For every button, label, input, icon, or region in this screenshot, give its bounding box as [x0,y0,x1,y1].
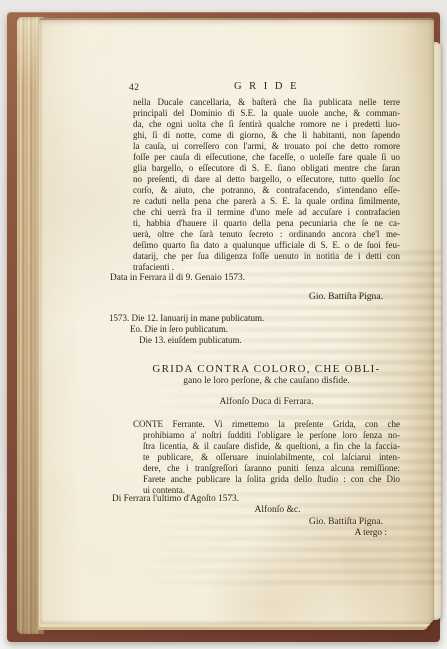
signature-pigna: Gio. Battiſta Pigna. [108,516,383,527]
text-line: no preſenti, di dare al detto bargello, … [133,174,400,185]
text-line: Farete anche publicare la ſolita grida d… [143,474,400,485]
letter-paragraph: CONTE Ferrante. Vi rimettemo la preſente… [133,419,400,496]
section-heading-line2: gano le loro perſone, & che cauſano disf… [133,376,400,386]
text-line: re caduti nella pena che parerà a S. E. … [133,196,400,207]
text-line: uerà, oltre che ſarà tenuto ſecreto : or… [133,229,400,240]
book-page: 42 G R I D E nella Ducale cancellaria, &… [40,18,434,624]
text-line: deſimo quarto ſia dato a qualunque uffic… [133,240,400,251]
printed-text-block: 42 G R I D E nella Ducale cancellaria, &… [108,81,400,559]
text-line: ti, habbia d'hauere il quarto della pena… [133,218,400,229]
text-line: trafacienti . [133,262,400,273]
book-photo: 42 G R I D E nella Ducale cancellaria, &… [0,0,447,649]
text-line: CONTE Ferrante. Vi rimettemo la preſente… [133,419,400,430]
text-line: prohibiamo a' noſtri ſudditi l'obligare … [143,430,400,441]
text-line: te publicare, & oſſeruare inuiolabilment… [143,452,400,463]
text-line: glia bargello, o eſſecutore di S. E. ſia… [133,163,400,174]
text-line: che chi uerrà fra il termine d'uno meſe … [133,207,400,218]
publication-notes: 1573. Die 12. Ianuarij in mane publicatu… [109,313,264,346]
section-subheading: Alfonſo Duca di Ferrara. [133,397,400,407]
verso-note: A tergo : [108,528,387,538]
section-heading-line1: GRIDA CONTRA COLORO, CHE OBLI- [133,363,400,375]
text-line: corſo, & aiuto, che potranno, & contrafa… [133,185,400,196]
text-line: ſtra licentia, & il cauſare disfide, & q… [143,441,400,452]
text-line: 1573. Die 12. Ianuarij in mane publicatu… [109,313,264,324]
text-line: Die 13. eiuſdem publicatum. [139,335,264,346]
signature-alfonso: Alfonſo &c. [133,505,400,515]
proclamation-paragraph: nella Ducale cancellaria, & baſterà che … [133,97,400,273]
dateline: Data in Ferrara il di 9. Genaio 1573. [110,273,245,283]
running-title: G R I D E [133,81,400,92]
text-line: da, che ogni uolta che ſi ſentirà qualch… [133,119,400,130]
dateline: Di Ferrara l'ultimo d'Agoſto 1573. [112,494,239,504]
text-line: foſſe per cauſa di eſſecutione, che face… [133,152,400,163]
text-line: nella Ducale cancellaria, & baſterà che … [133,97,400,108]
text-line: Eo. Die in ſero publicatum. [130,324,264,335]
signature: Gio. Battiſta Pigna. [108,291,383,302]
text-line: principali del Dominio di S.E. la quale … [133,108,400,119]
text-line: ghi, ſi di notte, come di giorno, & che … [133,130,400,141]
text-line: datarij, che per ſua diligenza foſſe uen… [133,251,400,262]
text-line: la cauſa, ui correſſero con l'armi, & tr… [133,141,400,152]
text-line: dere, che i tranſgreſſori ſaranno puniti… [143,463,400,474]
